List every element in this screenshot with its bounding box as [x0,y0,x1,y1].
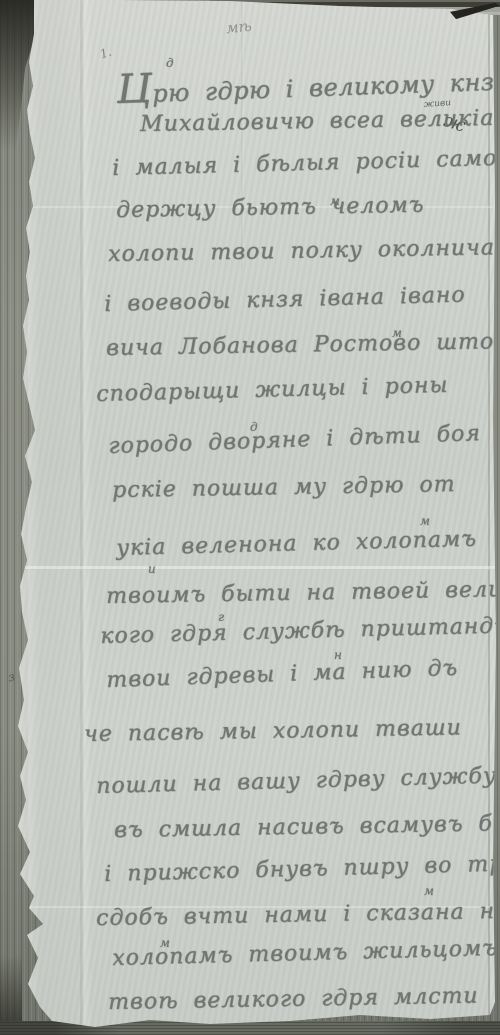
superscript-letter: г [218,610,224,624]
manuscript-line: че пасвѣ мы холопи тваши [84,717,462,746]
manuscript-line: і прижско бнувъ пшру во трудъ [104,852,500,886]
superscript-letter: м [420,514,430,528]
manuscript-line: твоѣ великого гдря млсти [108,986,479,1014]
manuscript-line: сподарыщи жилцы і роны [96,375,449,406]
superscript-letter: и [148,562,156,576]
manuscript-line: держцу бьютъ челомъ [116,195,425,222]
manuscript-line: твои гдревы і ма нию дъ [106,658,459,692]
manuscript-photo: мѣ 1. живи ж Црю гдрю і великому кнзю Ал… [0,0,500,1035]
superscript-letter: д [250,420,258,434]
manuscript-line: холопи твои полку околничаго [108,237,500,266]
manuscript-line: Михайловичю всеа великіа [140,108,495,136]
manuscript-paper: мѣ 1. живи ж Црю гдрю і великому кнзю Ал… [0,0,500,1035]
manuscript-line: городо дворяне і дѣти боя [108,423,481,458]
manuscript-line: і малыя і бѣлыя росіи само [112,148,497,180]
folio-number: 1. [98,45,113,62]
manuscript-line: кого гдря службѣ приштандъ [100,615,500,648]
manuscript-line: рскіе пошша му гдрю от [112,474,456,502]
manuscript-line: укіа веленона ко холопамъ [116,529,477,560]
superscript-letter: м [160,936,170,950]
superscript-letter: д [166,56,174,70]
manuscript-line: въ смшла насивъ всамувъ бтивъ [114,812,500,842]
manuscript-line: твоимъ быти на твоей вели [106,579,500,608]
superscript-letter: н [334,648,342,662]
superscript-letter: м [330,194,340,208]
vertical-fold-crease [80,0,86,1035]
manuscript-line: пошли на вашу гдрву службу [96,766,497,798]
manuscript-line: і воеводы кнзя івана івано [104,285,466,316]
archival-note: мѣ [225,17,252,38]
manuscript-line: вича Лобанова Ростово што [106,331,494,360]
superscript-letter: м [392,326,402,340]
horizontal-fold-crease [20,566,496,570]
superscript-letter: м [424,884,434,898]
manuscript-line: сдобъ вчти нами і сказана намъ [96,900,500,930]
